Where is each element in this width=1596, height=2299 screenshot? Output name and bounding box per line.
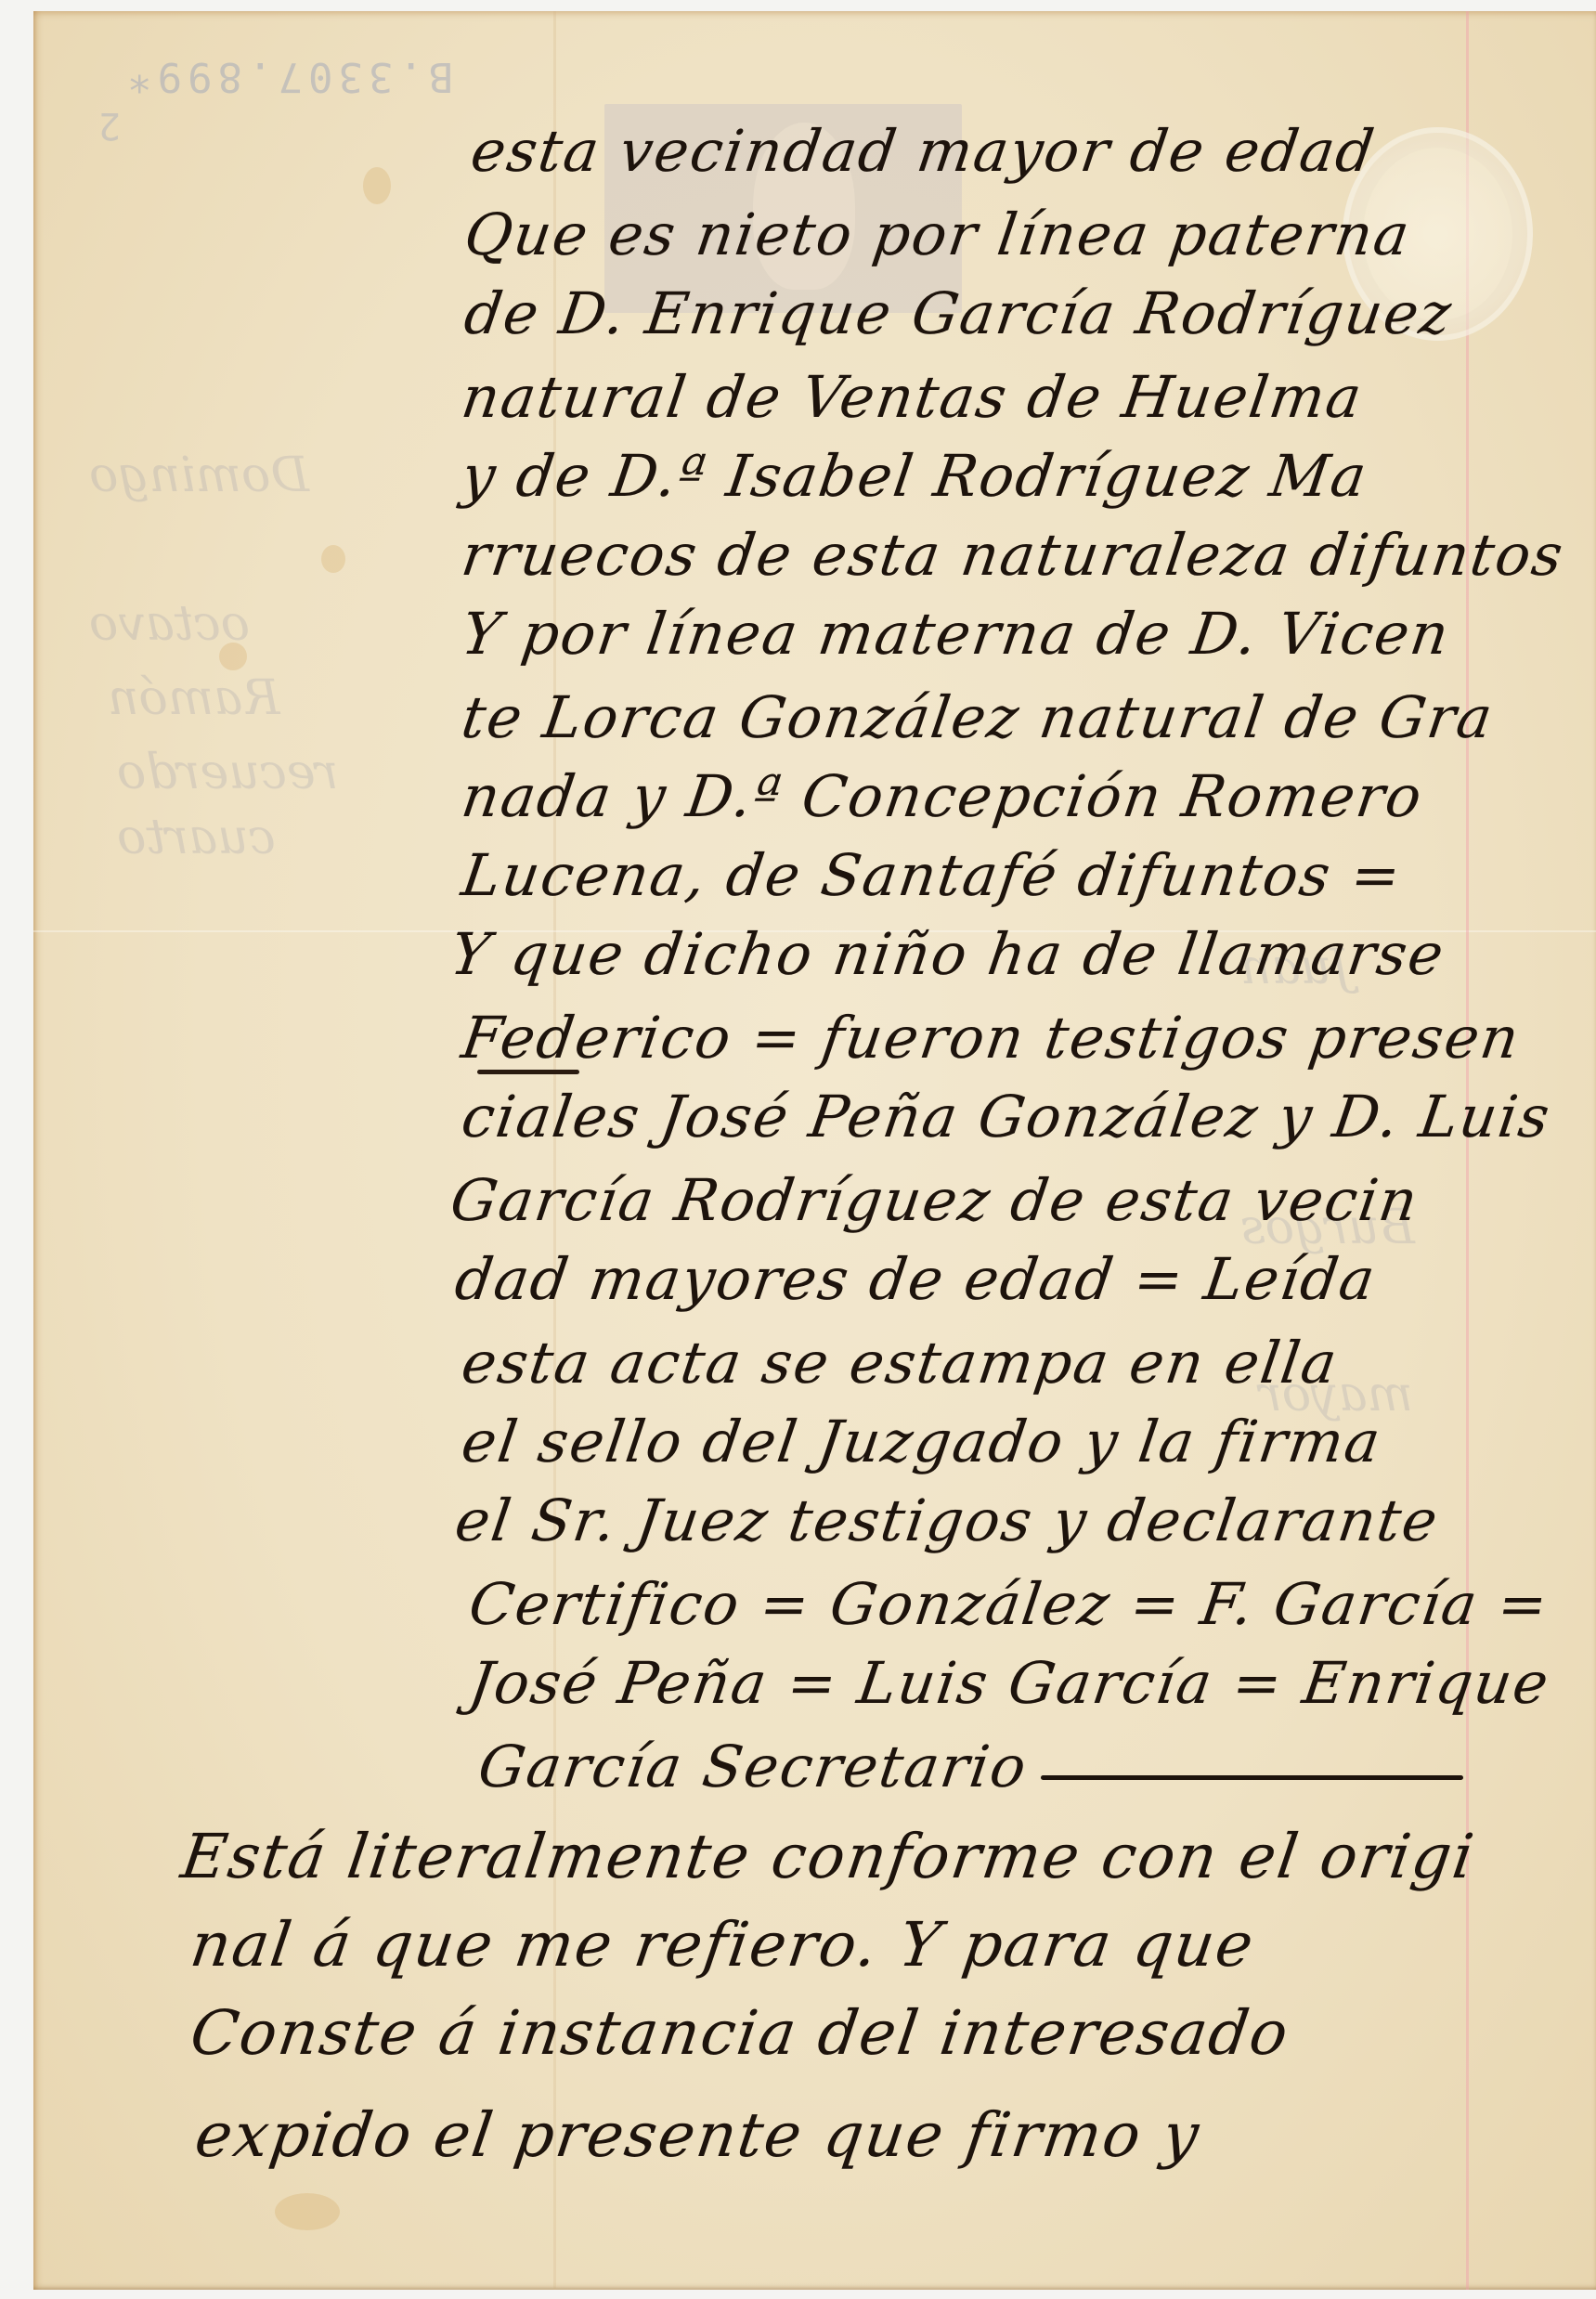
text-line: de D. Enrique García Rodríguez (461, 285, 1457, 343)
text-line: nada y D.ª Concepción Romero (459, 768, 1427, 825)
text-line: Y por línea materna de D. Vicen (459, 605, 1454, 663)
foxing-stain (321, 545, 345, 573)
text-line: García Secretario (475, 1738, 1032, 1796)
text-line: esta acta se estampa en ella (459, 1334, 1342, 1392)
text-line: Y que dicho niño ha de llamarse (448, 926, 1449, 983)
closing-rule-line (1041, 1775, 1463, 1780)
text-line: el sello del Juzgado y la firma (459, 1413, 1385, 1471)
closing-line: nal á que me refiero. Y para que (187, 1915, 1258, 1976)
text-line: rruecos de esta naturaleza difuntos (459, 526, 1568, 584)
text-line: Federico = fueron testigos presen (459, 1009, 1525, 1067)
text-line: te Lorca González natural de Gra (459, 689, 1498, 747)
bleed-through-text: cuarto (117, 810, 276, 865)
foxing-stain (275, 2193, 340, 2230)
text-line: Que es nieto por línea paterna (461, 206, 1415, 264)
document-page: B.3307.899* 2 Domingo octavo Ramón recue… (33, 11, 1596, 2290)
bleed-through-text: Domingo (89, 448, 309, 503)
name-underline (477, 1070, 579, 1074)
text-line: natural de Ventas de Huelma (459, 369, 1367, 426)
text-line: José Peña = Luis García = Enrique (466, 1655, 1553, 1712)
text-line: ciales José Peña González y D. Luis (459, 1088, 1555, 1146)
text-line: Lucena, de Santafé difuntos = (459, 847, 1406, 904)
text-line: dad mayores de edad = Leída (452, 1251, 1381, 1308)
text-line: y de D.ª Isabel Rodríguez Ma (459, 448, 1371, 505)
bleed-through-text: recuerdo (117, 745, 338, 800)
text-line: García Rodríguez de esta vecin (448, 1172, 1422, 1229)
closing-line: Conste á instancia del interesado (187, 2003, 1292, 2064)
margin-rule (1466, 11, 1469, 2290)
text-line: el Sr. Juez testigos y declarante (452, 1492, 1443, 1550)
closing-line: expido el presente que firmo y (191, 2105, 1203, 2166)
serial-number-stamp: B.3307.899* (122, 53, 453, 100)
bleed-through-text: Ramón (108, 670, 279, 726)
bleed-through-text: octavo (89, 596, 250, 652)
text-line: Certifico = González = F. García = (466, 1576, 1552, 1633)
closing-line: Está literalmente conforme con el origi (177, 1826, 1478, 1888)
foxing-stain (363, 167, 391, 204)
text-line: esta vecindad mayor de edad (468, 123, 1380, 180)
serial-sub-number: 2 (98, 104, 121, 147)
